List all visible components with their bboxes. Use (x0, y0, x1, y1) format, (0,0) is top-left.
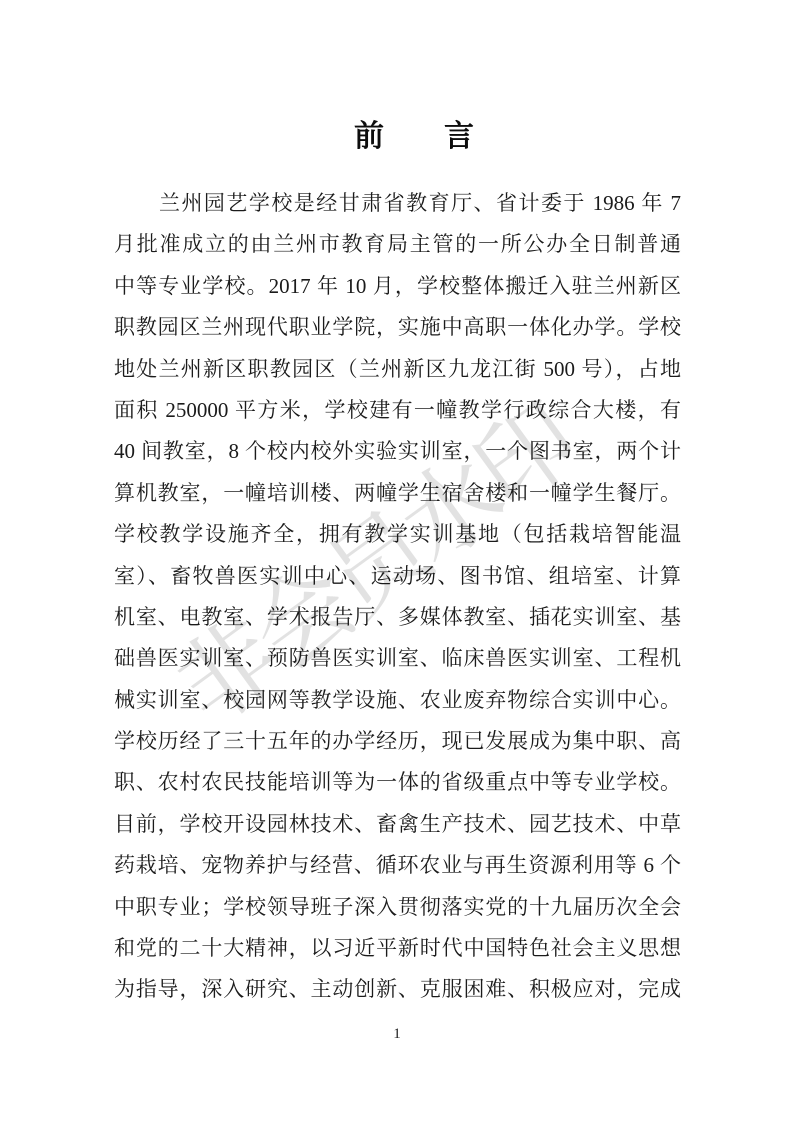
paragraph-line: 目前，学校开设园林技术、畜禽生产技术、园艺技术、中草 (114, 804, 681, 845)
paragraph-line: 础兽医实训室、预防兽医实训室、临床兽医实训室、工程机 (114, 638, 681, 679)
paragraph-line: 学校历经了三十五年的办学经历，现已发展成为集中职、高 (114, 721, 681, 762)
page-title: 前 言 (0, 121, 794, 153)
document-page: 非会员水印 前 言 兰州园艺学校是经甘肃省教育厅、省计委于 1986 年 7月批… (0, 0, 794, 1123)
paragraph-line: 为指导，深入研究、主动创新、克服困难、积极应对，完成 (114, 969, 681, 1010)
paragraph-line: 中等专业学校。2017 年 10 月，学校整体搬迁入驻兰州新区 (114, 266, 681, 307)
paragraph-line: 地处兰州新区职教园区（兰州新区九龙江街 500 号），占地 (114, 349, 681, 390)
document-body: 兰州园艺学校是经甘肃省教育厅、省计委于 1986 年 7月批准成立的由兰州市教育… (114, 183, 681, 1011)
paragraph-line: 学校教学设施齐全，拥有教学实训基地（包括栽培智能温 (114, 514, 681, 555)
paragraph-line: 职教园区兰州现代职业学院，实施中高职一体化办学。学校 (114, 307, 681, 348)
paragraph-line: 和党的二十大精神，以习近平新时代中国特色社会主义思想 (114, 928, 681, 969)
paragraph-line: 职、农村农民技能培训等为一体的省级重点中等专业学校。 (114, 762, 681, 803)
paragraph-line: 月批准成立的由兰州市教育局主管的一所公办全日制普通 (114, 224, 681, 265)
page-number: 1 (0, 1025, 794, 1043)
paragraph-line: 机室、电教室、学术报告厅、多媒体教室、插花实训室、基 (114, 597, 681, 638)
paragraph-line: 中职专业；学校领导班子深入贯彻落实党的十九届历次全会 (114, 887, 681, 928)
paragraph-line: 算机教室，一幢培训楼、两幢学生宿舍楼和一幢学生餐厅。 (114, 473, 681, 514)
paragraph-line: 40 间教室，8 个校内校外实验实训室，一个图书室，两个计 (114, 431, 681, 472)
paragraph-line: 械实训室、校园网等教学设施、农业废弃物综合实训中心。 (114, 680, 681, 721)
paragraph-line: 药栽培、宠物养护与经营、循环农业与再生资源利用等 6 个 (114, 845, 681, 886)
paragraph-line: 面积 250000 平方米，学校建有一幢教学行政综合大楼，有 (114, 390, 681, 431)
paragraph-line: 室）、畜牧兽医实训中心、运动场、图书馆、组培室、计算 (114, 556, 681, 597)
paragraph-line: 兰州园艺学校是经甘肃省教育厅、省计委于 1986 年 7 (114, 183, 681, 224)
